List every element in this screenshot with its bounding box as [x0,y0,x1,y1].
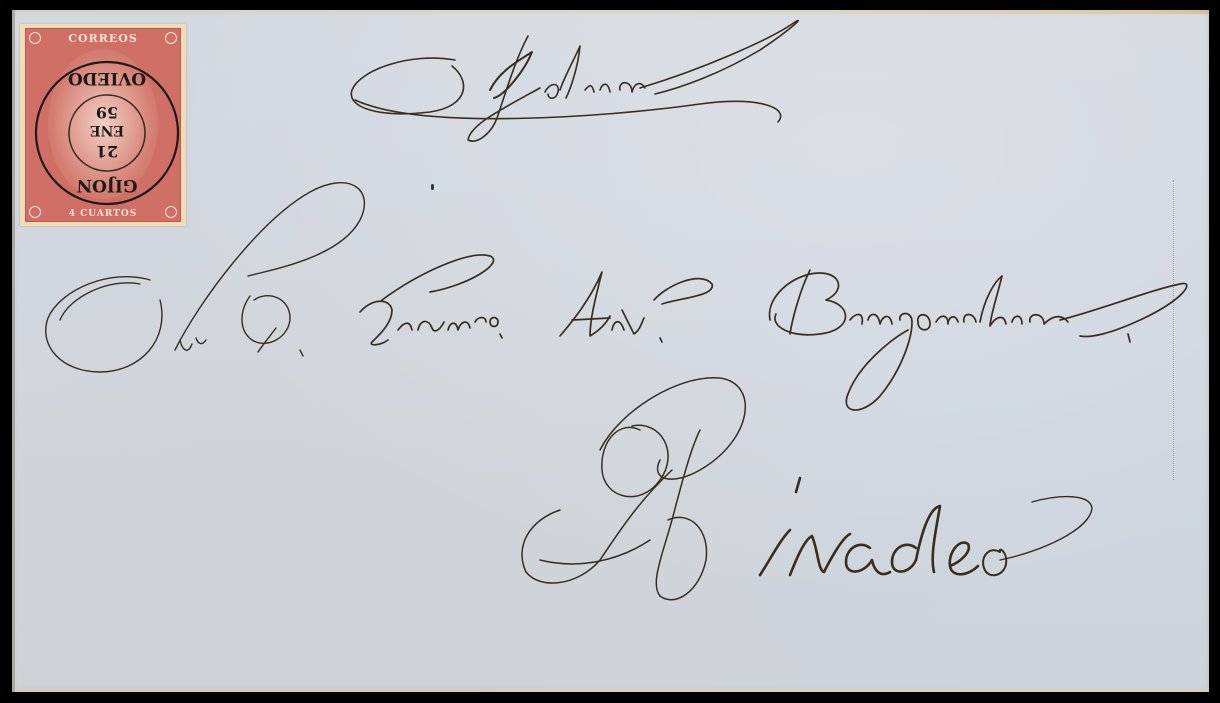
address-salutation: Sr. D. [60,320,63,321]
paper-edge-left [12,10,15,692]
postmark-day: 21 [96,142,118,161]
postmark-ring-icon: GIJON OVIEDO 21 ENE 59 [32,58,182,208]
stamp-value-label: 4 CUARTOS [26,209,180,219]
stamp-top-label: CORREOS [26,32,180,45]
postmark-cancel: GIJON OVIEDO 21 ENE 59 [32,58,182,208]
envelope-cover [12,10,1209,692]
postmark-province: OVIEDO [68,68,146,88]
postmark-town: GIJON [77,175,138,195]
postmark-year: 59 [96,103,118,122]
address-city: Rivadeo [760,560,764,561]
ink-blot [431,184,434,190]
address-recipient-name: Franco. Anto. Bengoechea [360,320,373,321]
address-region: Galicia [470,80,474,81]
paper-edge-top [12,10,1209,14]
paper-edge-bottom [12,688,1209,692]
fold-line [1173,180,1174,480]
postmark-month: ENE [90,122,124,138]
